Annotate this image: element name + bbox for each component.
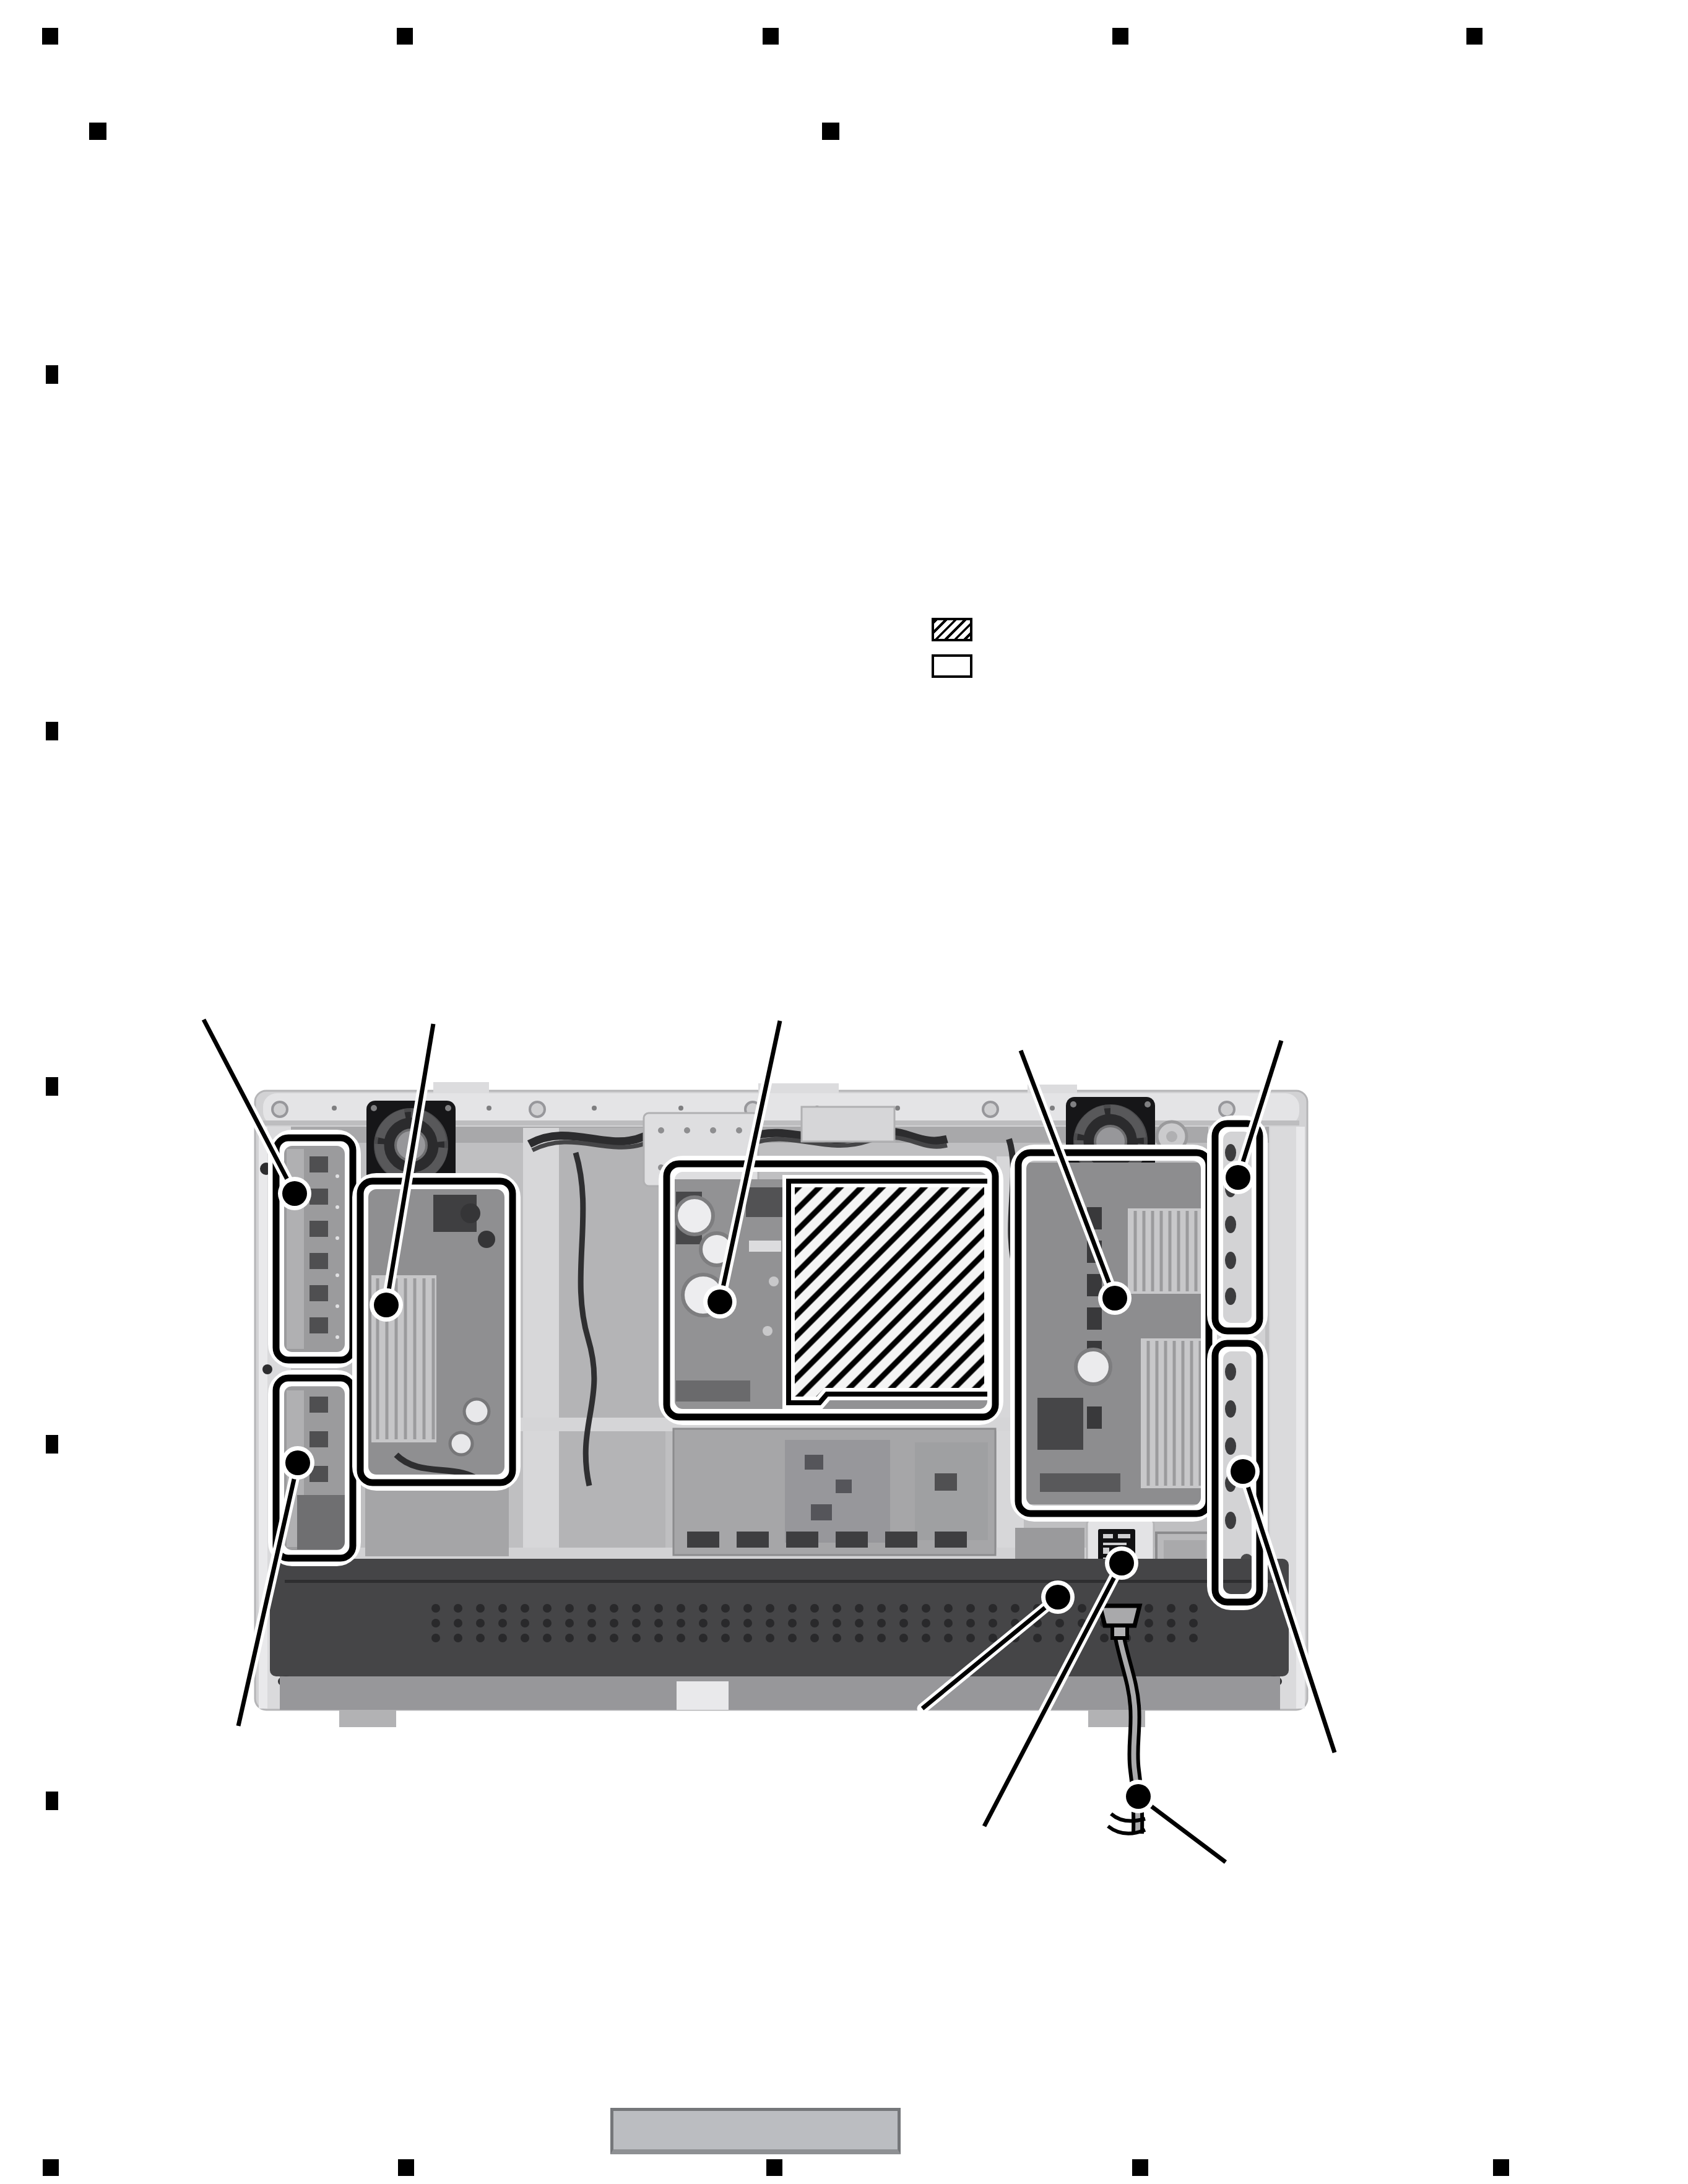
leader-4-dot: [1102, 1286, 1127, 1311]
leader-8-dot: [1045, 1585, 1070, 1610]
tv-rear-photo: [255, 1082, 1307, 1834]
center-logic-boards: [673, 1429, 995, 1555]
left-sub-board: [365, 1487, 509, 1556]
right-edge-boards: [1222, 1133, 1254, 1593]
leader-2-dot: [374, 1293, 399, 1317]
leader-1-dot: [282, 1181, 307, 1206]
hatched-region: [789, 1181, 990, 1403]
leader-6-dot: [1231, 1459, 1255, 1484]
right-power-board: [1026, 1163, 1204, 1504]
leader-10-dot: [1126, 1784, 1151, 1809]
left-power-board: [366, 1187, 509, 1483]
cord-plug: [1100, 1606, 1140, 1626]
stand-foot-left: [339, 1710, 396, 1727]
leader-9-dot: [1109, 1551, 1134, 1575]
leader-3-dot: [708, 1289, 732, 1314]
manual-page: [0, 0, 1688, 2184]
caption-box: [610, 2108, 901, 2154]
rear-view-photo-diagram: [0, 0, 1688, 2184]
leader-5-dot: [1226, 1165, 1250, 1190]
leader-7-dot: [285, 1450, 310, 1475]
